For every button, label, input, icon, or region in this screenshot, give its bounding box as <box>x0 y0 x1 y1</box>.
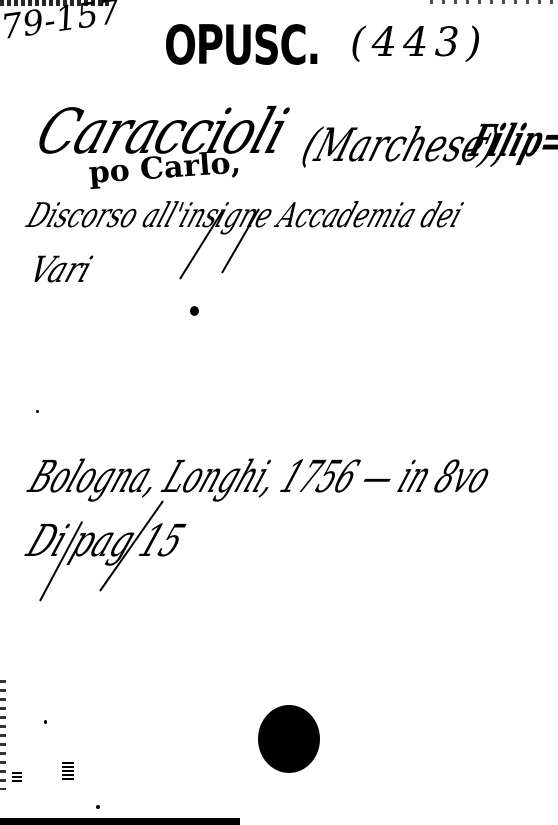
opusc-stamp: OPUSC. <box>164 14 320 77</box>
scan-edge-bottom <box>0 818 240 825</box>
punch-hole <box>258 705 320 773</box>
title-line-2: Vari <box>24 250 97 291</box>
ink-speck <box>190 306 199 316</box>
ink-smudge <box>12 772 22 782</box>
scan-noise-top-right <box>430 0 558 4</box>
ink-speck <box>44 720 47 724</box>
ink-speck <box>36 410 39 413</box>
shelfmark: 79-157 <box>0 0 122 48</box>
scan-noise-left-edge <box>0 680 6 790</box>
forename-start: Filip= <box>464 116 558 167</box>
catalog-number: (443) <box>350 20 488 66</box>
extent: Di pag 15 <box>20 516 192 567</box>
catalog-card: 79-157 OPUSC. (443) Caraccioli (Marchese… <box>0 0 558 825</box>
imprint: Bologna, Longhi, 1756 — in 8vo <box>22 452 499 503</box>
ink-speck <box>96 805 100 809</box>
ink-smudge <box>62 762 74 782</box>
